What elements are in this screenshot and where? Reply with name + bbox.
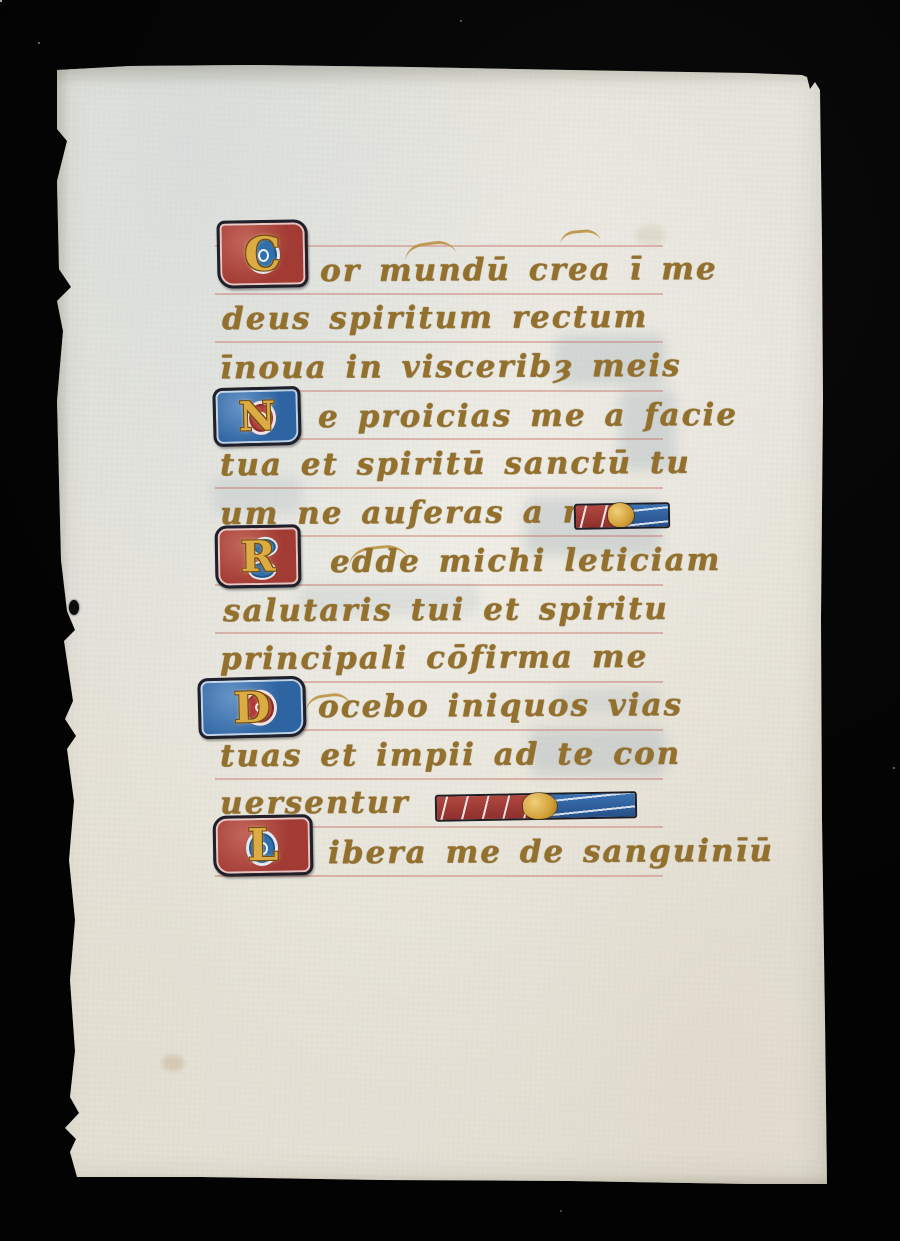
text-line-11: tuas et impii ad te con (220, 736, 681, 774)
illuminated-initial-R: R (214, 524, 301, 588)
initial-letter: C (219, 222, 305, 285)
text-line-1: or mundū crea ī me (320, 251, 718, 289)
manuscript-photo: or mundū crea ī me deus spiritum rectum … (0, 0, 900, 1241)
parchment-leaf: or mundū crea ī me deus spiritum rectum … (50, 60, 830, 1190)
illuminated-initial-C: C (216, 219, 308, 289)
leaf-left-edge-shadow (50, 60, 70, 1190)
illuminated-initial-N: N (212, 386, 302, 447)
illuminated-initial-D: D (197, 676, 307, 740)
text-line-7: edde michi leticiam (330, 542, 721, 580)
initial-letter: N (215, 389, 298, 444)
text-line-5: tua et spiritū sanctū tu (220, 445, 691, 483)
dust-specks (0, 0, 2, 2)
line-filler (574, 502, 670, 530)
text-line-9: principali cōfirma me (220, 639, 648, 677)
text-line-3: īnoua in visceribȝ meis (220, 348, 682, 386)
illuminated-initial-L: L (212, 814, 313, 877)
ruling-line (215, 487, 663, 489)
ruling-line (215, 293, 663, 295)
text-line-2: deus spiritum rectum (222, 299, 648, 337)
text-line-4: e proicias me a facie (318, 397, 738, 435)
text-line-8: salutaris tui et spiritu (223, 591, 669, 629)
initial-letter: L (216, 817, 311, 874)
sewing-hole (69, 600, 79, 615)
ruling-line (215, 778, 663, 780)
leaf-top-edge-shadow (50, 60, 830, 86)
stain (635, 225, 665, 245)
initial-letter: R (218, 527, 299, 585)
filler-gold-knot (523, 793, 557, 820)
ruling-line (215, 341, 663, 343)
line-filler (435, 791, 637, 822)
text-line-10: ocebo iniquos vias (318, 687, 683, 725)
text-line-13: ibera me de sanguinīū (328, 833, 774, 871)
ruling-line (215, 632, 663, 634)
leaf-bottom-edge-shadow (50, 1174, 830, 1190)
initial-letter: D (200, 679, 303, 737)
filler-gold-knot (608, 503, 634, 527)
stain (162, 1055, 184, 1071)
